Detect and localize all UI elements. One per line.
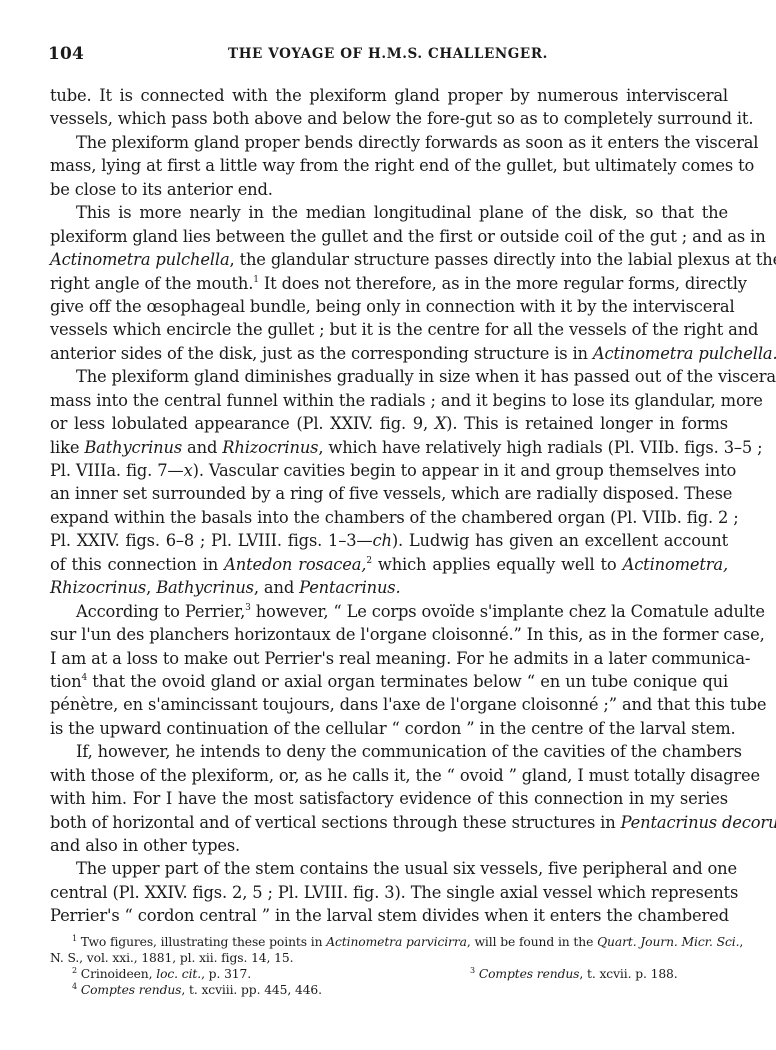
text-line: tube. It is connected with the plexiform… <box>50 84 728 107</box>
text-line: According to Perrier,3 however, “ Le cor… <box>50 600 728 623</box>
footnote-4: 4 Comptes rendus, t. xcviii. pp. 445, 44… <box>50 982 728 998</box>
text-line: The upper part of the stem contains the … <box>50 857 728 880</box>
body-text: tube. It is connected with the plexiform… <box>50 84 728 928</box>
footnotes: 1 Two figures, illustrating these points… <box>50 934 728 998</box>
text-line: Actinometra pulchella, the glandular str… <box>50 248 728 271</box>
text-line: Pl. XXIV. figs. 6–8 ; Pl. LVIII. figs. 1… <box>50 529 728 552</box>
text-line: anterior sides of the disk, just as the … <box>50 342 728 365</box>
text-line: with him. For I have the most satisfacto… <box>50 787 728 810</box>
text-line: give off the œsophageal bundle, being on… <box>50 295 728 318</box>
text-line: sur l'un des planchers horizontaux de l'… <box>50 623 728 646</box>
text-line: central (Pl. XXIV. figs. 2, 5 ; Pl. LVII… <box>50 881 728 904</box>
footnote-row: 2 Crinoideen, loc. cit., p. 317. 3 Compt… <box>50 966 728 982</box>
text-line: The plexiform gland proper bends directl… <box>50 131 728 154</box>
text-line: both of horizontal and of vertical secti… <box>50 811 728 834</box>
text-line: be close to its anterior end. <box>50 178 728 201</box>
text-line: like Bathycrinus and Rhizocrinus, which … <box>50 436 728 459</box>
text-line: Perrier's “ cordon central ” in the larv… <box>50 904 728 927</box>
text-line: mass into the central funnel within the … <box>50 389 728 412</box>
footnote-3: 3 Comptes rendus, t. xcvii. p. 188. <box>470 966 678 982</box>
text-line: The plexiform gland diminishes gradually… <box>50 365 728 388</box>
text-line: vessels which encircle the gullet ; but … <box>50 318 728 341</box>
footnote-1: 1 Two figures, illustrating these points… <box>50 934 728 950</box>
text-line: plexiform gland lies between the gullet … <box>50 225 728 248</box>
text-line: is the upward continuation of the cellul… <box>50 717 728 740</box>
text-line: or less lobulated appearance (Pl. XXIV. … <box>50 412 728 435</box>
running-head: 104 THE VOYAGE OF H.M.S. CHALLENGER. <box>48 44 728 66</box>
text-line: of this connection in Antedon rosacea,2 … <box>50 553 728 576</box>
text-line: expand within the basals into the chambe… <box>50 506 728 529</box>
text-line: an inner set surrounded by a ring of fiv… <box>50 482 728 505</box>
text-line: and also in other types. <box>50 834 728 857</box>
text-line: Pl. VIIIa. fig. 7—x). Vascular cavities … <box>50 459 728 482</box>
text-line: This is more nearly in the median longit… <box>50 201 728 224</box>
text-line: If, however, he intends to deny the comm… <box>50 740 728 763</box>
running-title: THE VOYAGE OF H.M.S. CHALLENGER. <box>48 46 728 62</box>
text-line: tion4 that the ovoid gland or axial orga… <box>50 670 728 693</box>
text-line: pénètre, en s'amincissant toujours, dans… <box>50 693 728 716</box>
footnote-1-continued: N. S., vol. xxi., 1881, pl. xii. figs. 1… <box>50 950 728 966</box>
text-line: Rhizocrinus, Bathycrinus, and Pentacrinu… <box>50 576 728 599</box>
text-line: right angle of the mouth.1 It does not t… <box>50 272 728 295</box>
text-line: with those of the plexiform, or, as he c… <box>50 764 728 787</box>
text-line: I am at a loss to make out Perrier's rea… <box>50 647 728 670</box>
text-line: vessels, which pass both above and below… <box>50 107 728 130</box>
book-page: 104 THE VOYAGE OF H.M.S. CHALLENGER. tub… <box>0 0 776 1050</box>
text-line: mass, lying at first a little way from t… <box>50 154 728 177</box>
